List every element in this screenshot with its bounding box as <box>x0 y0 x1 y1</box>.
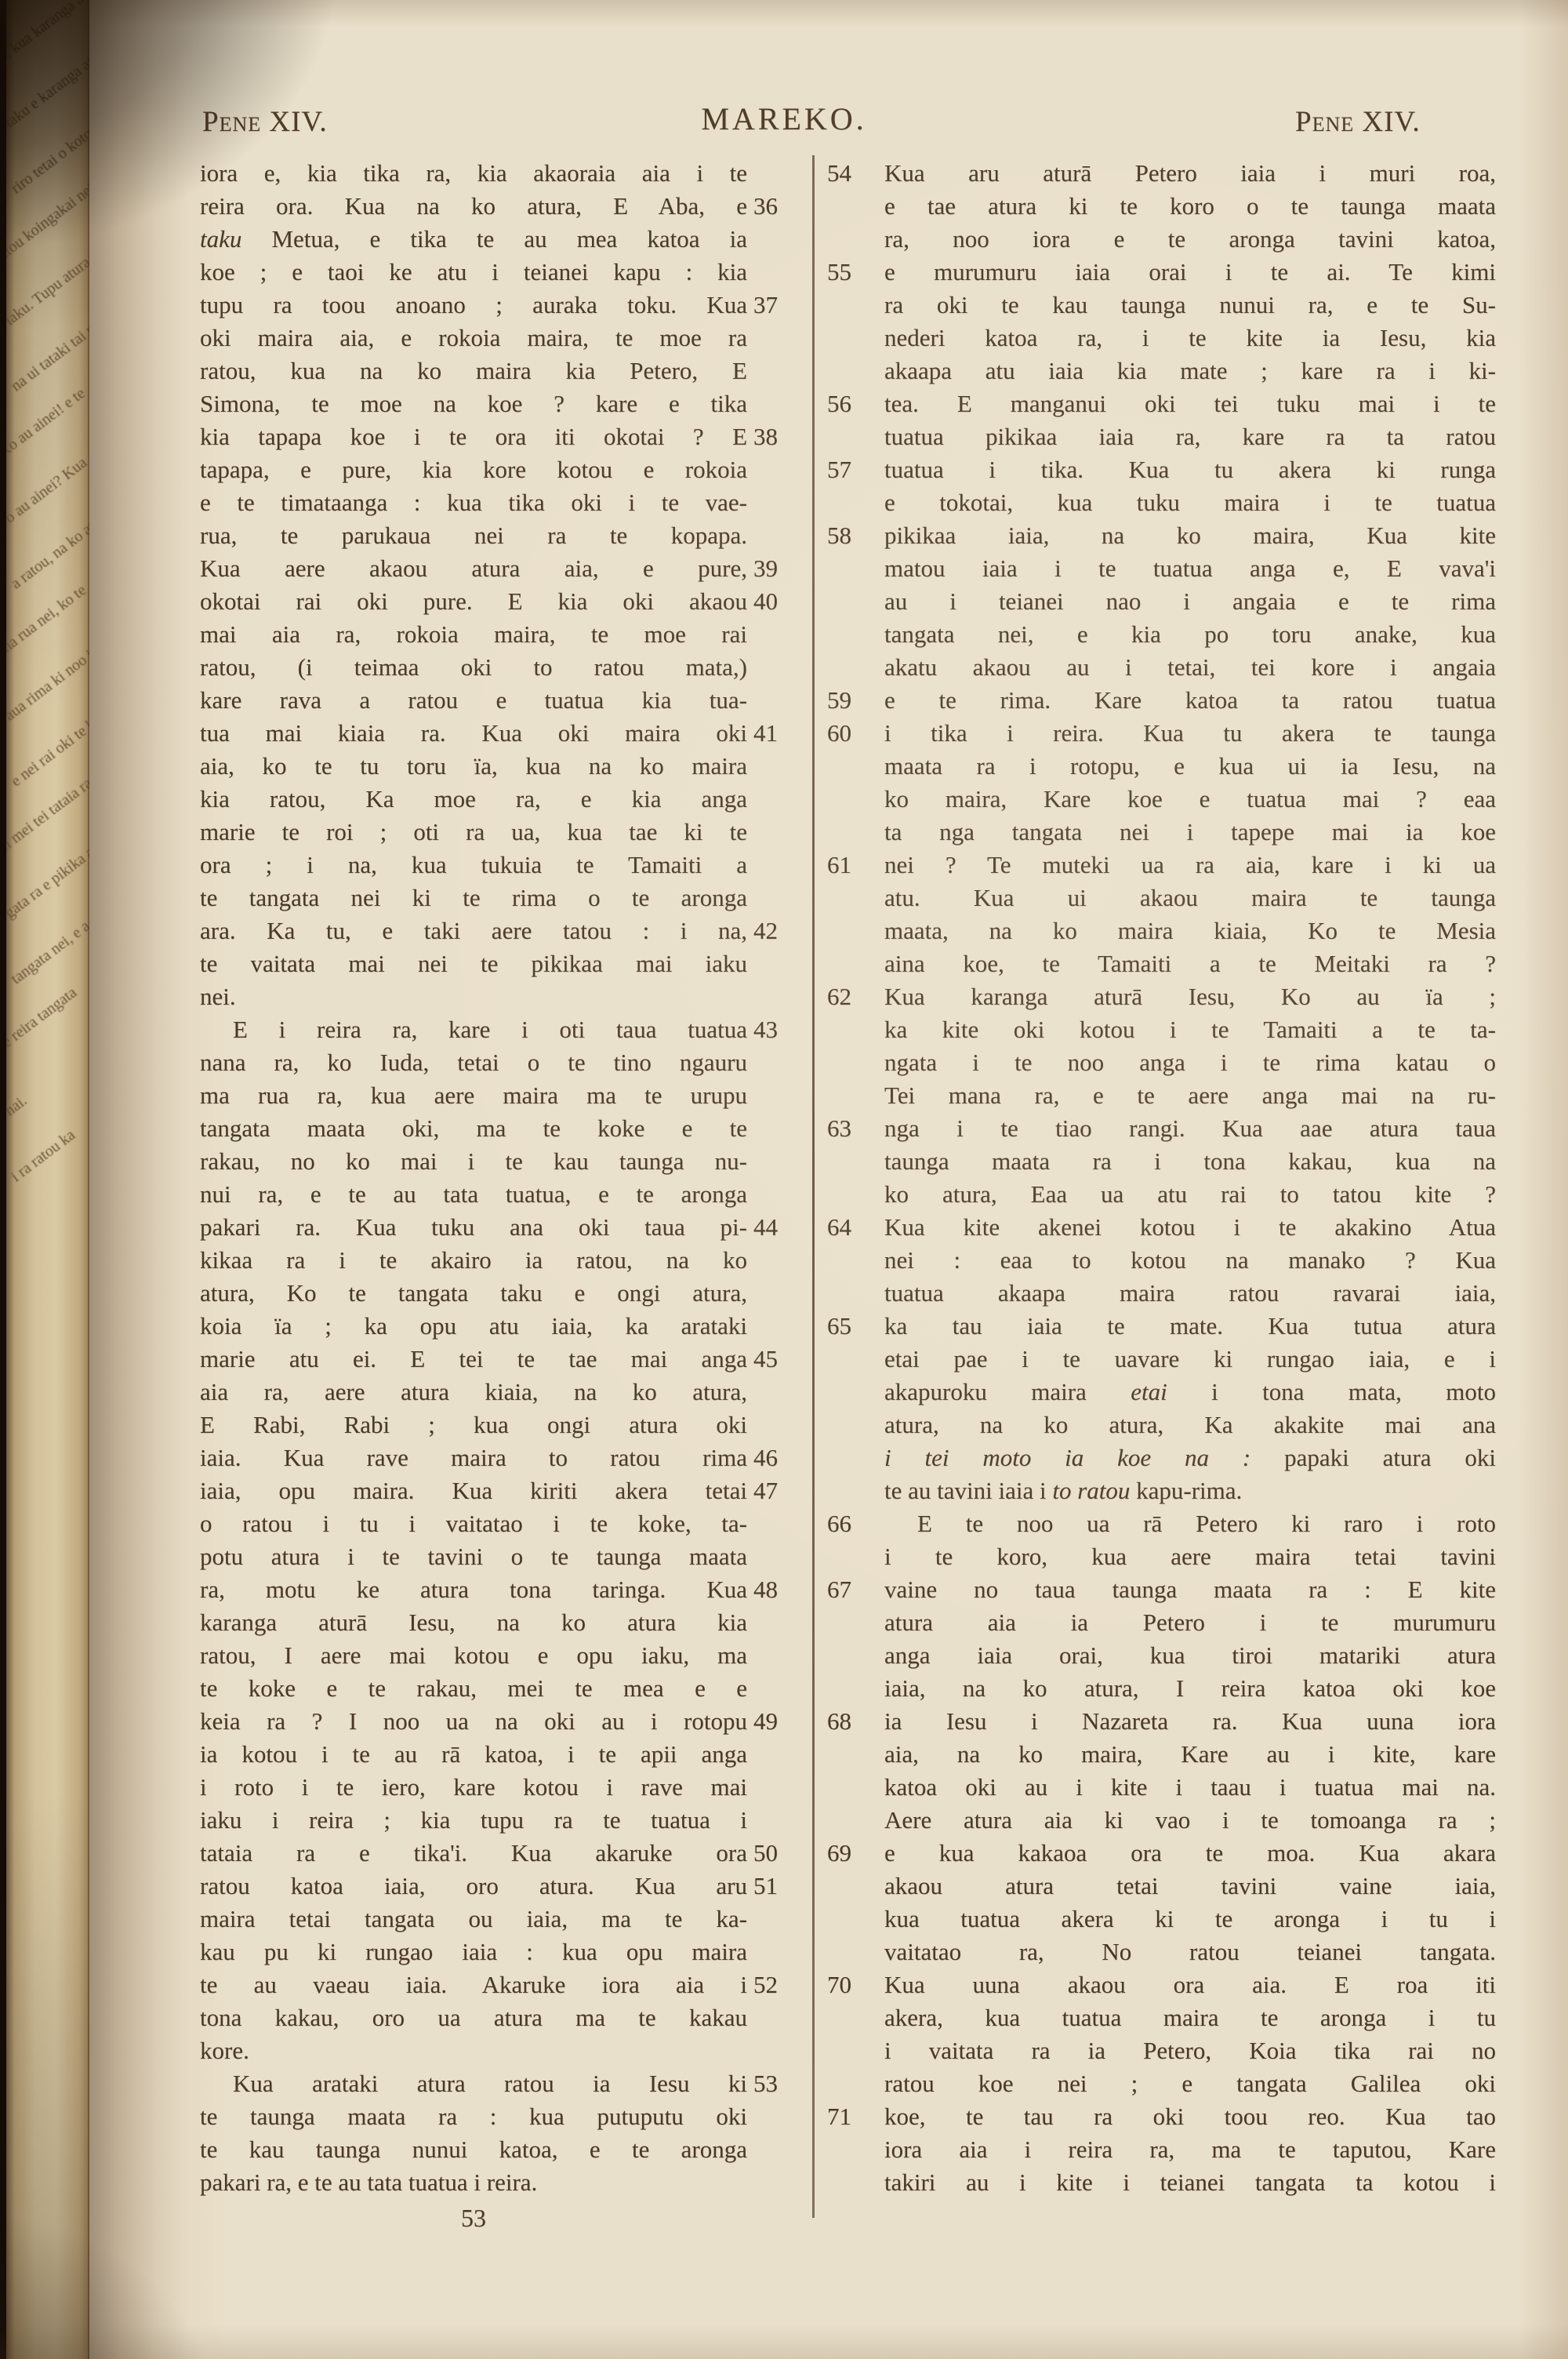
line-text: Aere atura aia ki vao i te tomoanga ra ; <box>884 1806 1496 1834</box>
line-text: e tokotai, kua tuku maira i te tuatua <box>884 489 1496 516</box>
line-text: Kua karanga aturā Iesu, Ko au ïa ; <box>884 983 1496 1010</box>
verse-number: 66 <box>827 1507 874 1540</box>
line-text: tapapa, e pure, kia kore kotou e rokoia <box>200 456 747 483</box>
verse-number: 53 <box>753 2067 808 2100</box>
line-text: anga iaia orai, kua tiroi matariki atura <box>884 1641 1496 1669</box>
line-text: kikaa ra i te akairo ia ratou, na ko <box>200 1246 747 1274</box>
line-text: pakari ra. Kua tuku ana oki taua pi- <box>200 1213 747 1241</box>
edge-page-text-fragment: o au ainei? Kua <box>6 454 89 528</box>
line-text: Kua aere akaou atura aia, e pure, <box>200 554 747 582</box>
line-text: aina koe, te Tamaiti a te Meitaki ra ? <box>884 950 1496 977</box>
line-text: taunga maata ra i tona kakau, kua na <box>884 1147 1496 1175</box>
line-text: ia kotou i te au rā katoa, i te apii ang… <box>200 1740 747 1768</box>
text-line: 67vaine no taua taunga maata ra : E kite <box>884 1573 1496 1606</box>
line-text: nederi katoa ra, i te kite ia Iesu, kia <box>884 324 1496 351</box>
line-text: okotai rai oki pure. E kia oki akaou <box>200 587 747 615</box>
text-line: pakari ra, e te au tata tuatua i reira. <box>200 2166 747 2199</box>
text-line: 45marie atu ei. E tei te tae mai anga <box>200 1343 747 1376</box>
line-text: ko atura, Eaa ua atu rai to tatou kite ? <box>884 1180 1496 1208</box>
line-text: ra oki te kau taunga nunui ra, e te Su- <box>884 291 1496 318</box>
line-text: i te koro, kua aere maira tetai tavini <box>884 1543 1496 1570</box>
text-line: matou iaia i te tuatua anga e, E vava'i <box>884 552 1496 585</box>
line-text: ratou katoa iaia, oro atura. Kua aru <box>200 1872 747 1899</box>
line-text: e kua kakaoa ora te moa. Kua akara <box>884 1839 1496 1866</box>
verse-number: 59 <box>827 684 874 717</box>
line-text: te au tavini iaia i to ratou kapu-rima. <box>884 1477 1242 1504</box>
verse-number: 46 <box>753 1441 808 1474</box>
line-text: tuatua akaapa maira ratou ravarai iaia, <box>884 1279 1496 1307</box>
text-line: 65ka tau iaia te mate. Kua tutua atura <box>884 1310 1496 1343</box>
text-line: kau pu ki rungao iaia : kua opu maira <box>200 1936 747 1968</box>
text-line: potu atura i te tavini o te taunga maata <box>200 1540 747 1573</box>
line-text: Kua kite akenei kotou i te akakino Atua <box>884 1213 1496 1241</box>
line-text: mai aia ra, rokoia maira, te moe rai <box>200 620 747 648</box>
text-line: kikaa ra i te akairo ia ratou, na ko <box>200 1244 747 1277</box>
line-text: keia ra ? I noo ua na oki au i rotopu <box>200 1707 747 1735</box>
line-text: atura, Ko te tangata taku e ongi atura, <box>200 1279 747 1307</box>
text-line: te vaitata mai nei te pikikaa mai iaku <box>200 947 747 980</box>
text-line: kare rava a ratou e tuatua kia tua- <box>200 684 747 717</box>
verse-number: 52 <box>753 1968 808 2001</box>
line-text: nga i te tiao rangi. Kua aae atura taua <box>884 1114 1496 1142</box>
text-line: 54Kua aru aturā Petero iaia i muri roa, <box>884 157 1496 190</box>
text-line: ia kotou i te au rā katoa, i te apii ang… <box>200 1738 747 1771</box>
line-text: tangata maata oki, ma te koke e te <box>200 1114 747 1142</box>
text-line: maata, na ko maira kiaia, Ko te Mesia <box>884 914 1496 947</box>
text-line: nei : eaa to kotou na manako ? Kua <box>884 1244 1496 1277</box>
text-line: kia ratou, Ka moe ra, e kia anga <box>200 783 747 816</box>
edge-page-text-fragment: gata ra e pikika a <box>6 844 89 923</box>
line-text: koia ïa ; ka opu atu iaia, ka arataki <box>200 1312 747 1339</box>
text-line: iora aia i reira ra, ma te taputou, Kare <box>884 2133 1496 2166</box>
text-line: atura aia ia Petero i te murumuru <box>884 1606 1496 1639</box>
running-head-chapter-left: Pene XIV. <box>202 105 328 139</box>
line-text: matou iaia i te tuatua anga e, E vava'i <box>884 554 1496 582</box>
text-line: 64Kua kite akenei kotou i te akakino Atu… <box>884 1211 1496 1244</box>
text-line: 40okotai rai oki pure. E kia oki akaou <box>200 585 747 618</box>
line-text: rakau, no ko mai i te kau taunga nu- <box>200 1147 747 1175</box>
text-line: 48ra, motu ke atura tona taringa. Kua <box>200 1573 747 1606</box>
line-text: potu atura i te tavini o te taunga maata <box>200 1543 747 1570</box>
line-text: i vaitata ra ia Petero, Koia tika rai no <box>884 2037 1496 2064</box>
line-text: katoa oki au i kite i taau i tuatua mai … <box>884 1773 1496 1801</box>
line-text: kau pu ki rungao iaia : kua opu maira <box>200 1938 747 1965</box>
line-text: ia Iesu i Nazareta ra. Kua uuna iora <box>884 1707 1496 1735</box>
text-line: 43E i reira ra, kare i oti taua tuatua <box>200 1013 747 1046</box>
text-line: Tei mana ra, e te aere anga mai na ru- <box>884 1079 1496 1112</box>
text-line: katoa oki au i kite i taau i tuatua mai … <box>884 1771 1496 1804</box>
verse-number: 38 <box>753 420 808 453</box>
line-text: tona kakau, oro ua atura ma te kakau <box>200 2004 747 2031</box>
text-line: 52te au vaeau iaia. Akaruke iora aia i <box>200 1968 747 2001</box>
verse-number: 67 <box>827 1573 874 1606</box>
text-line: 36reira ora. Kua na ko atura, E Aba, e <box>200 190 747 223</box>
line-text: ra, noo iora e te aronga tavini katoa, <box>884 225 1496 253</box>
line-text: nei. <box>200 983 236 1010</box>
verse-number: 61 <box>827 849 874 881</box>
text-line: oki maira aia, e rokoia maira, te moe ra <box>200 322 747 354</box>
line-text: o ratou i tu i vaitatao i te koke, ta- <box>200 1510 747 1537</box>
line-text: oki maira aia, e rokoia maira, te moe ra <box>200 324 747 351</box>
line-text: tuatua i tika. Kua tu akera ki runga <box>884 456 1496 483</box>
line-text: etai pae i te uavare ki rungao iaia, e i <box>884 1345 1496 1372</box>
text-line: ora ; i na, kua tukuia te Tamaiti a <box>200 849 747 881</box>
line-text: tataia ra e tika'i. Kua akaruke ora <box>200 1839 747 1866</box>
verse-number: 64 <box>827 1211 874 1244</box>
edge-page-text-fragment: iaku. Tupu atura <box>6 253 89 329</box>
edge-page-text-fragment: e nei rai oki te ka <box>8 711 89 791</box>
text-line: anga iaia orai, kua tiroi matariki atura <box>884 1639 1496 1672</box>
text-line: marie te roi ; oti ra ua, kua tae ki te <box>200 816 747 849</box>
text-line: takiri au i kite i teianei tangata ta ko… <box>884 2166 1496 2199</box>
line-text: ma rua ra, kua aere maira ma te urupu <box>200 1081 747 1109</box>
line-text: tea. E manganui oki tei tuku mai i te <box>884 390 1496 417</box>
text-line: atu. Kua ui akaou maira te taunga <box>884 881 1496 914</box>
text-line: 49keia ra ? I noo ua na oki au i rotopu <box>200 1705 747 1738</box>
text-line: te koke e te rakau, mei te mea e e <box>200 1672 747 1705</box>
text-line: rakau, no ko mai i te kau taunga nu- <box>200 1145 747 1178</box>
line-text: tangata nei, e kia po toru anake, kua <box>884 620 1496 648</box>
line-text: marie atu ei. E tei te tae mai anga <box>200 1345 747 1372</box>
line-text: maata, na ko maira kiaia, Ko te Mesia <box>884 917 1496 944</box>
verse-number: 49 <box>753 1705 808 1738</box>
line-text: te tangata nei ki te rima o te aronga <box>200 884 747 911</box>
text-line: koia ïa ; ka opu atu iaia, ka arataki <box>200 1310 747 1343</box>
text-line: tangata nei, e kia po toru anake, kua <box>884 618 1496 651</box>
line-text: i roto i te iero, kare kotou i rave mai <box>200 1773 747 1801</box>
text-line: iora e, kia tika ra, kia akaoraia aia i … <box>200 157 747 190</box>
text-line: ma rua ra, kua aere maira ma te urupu <box>200 1079 747 1112</box>
text-line: kua tuatua akera ki te aronga i tu i <box>884 1903 1496 1936</box>
verse-number: 36 <box>753 190 808 223</box>
text-line: akatu akaou au i tetai, tei kore i angai… <box>884 651 1496 684</box>
text-line: 41tua mai kiaia ra. Kua oki maira oki <box>200 717 747 750</box>
line-text: maata ra i rotopu, e kua ui ia Iesu, na <box>884 752 1496 780</box>
line-text: ta nga tangata nei i tapepe mai ia koe <box>884 818 1496 845</box>
text-line: taku Metua, e tika te au mea katoa ia <box>200 223 747 256</box>
line-text: iaia, opu maira. Kua kiriti akera tetai <box>200 1477 747 1504</box>
text-line: E Rabi, Rabi ; kua ongi atura oki <box>200 1408 747 1441</box>
verse-number: 37 <box>753 289 808 322</box>
text-line: e te timataanga : kua tika oki i te vae- <box>200 486 747 519</box>
line-text: E i reira ra, kare i oti taua tuatua <box>233 1016 747 1043</box>
line-text: i tika i reira. Kua tu akera te taunga <box>884 719 1496 747</box>
text-line: 70Kua uuna akaou ora aia. E roa iti <box>884 1968 1496 2001</box>
line-text: kua tuatua akera ki te aronga i tu i <box>884 1905 1496 1932</box>
line-text: E Rabi, Rabi ; kua ongi atura oki <box>200 1411 747 1438</box>
text-line: 39Kua aere akaou atura aia, e pure, <box>200 552 747 585</box>
line-text: te vaitata mai nei te pikikaa mai iaku <box>200 950 747 977</box>
line-text: e te rima. Kare katoa ta ratou tuatua <box>884 686 1496 714</box>
text-line: tapapa, e pure, kia kore kotou e rokoia <box>200 453 747 486</box>
line-text: ko maira, Kare koe e tuatua mai ? eaa <box>884 785 1496 812</box>
verse-number: 48 <box>753 1573 808 1606</box>
text-line: aina koe, te Tamaiti a te Meitaki ra ? <box>884 947 1496 980</box>
line-text: Kua uuna akaou ora aia. E roa iti <box>884 1971 1496 1998</box>
line-text: pikikaa iaia, na ko maira, Kua kite <box>884 522 1496 549</box>
line-text: ratou, kua na ko maira kia Petero, E <box>200 357 747 384</box>
line-text: ka tau iaia te mate. Kua tutua atura <box>884 1312 1496 1339</box>
text-line: 50tataia ra e tika'i. Kua akaruke ora <box>200 1837 747 1870</box>
verse-number: 60 <box>827 717 874 750</box>
text-line: 59e te rima. Kare katoa ta ratou tuatua <box>884 684 1496 717</box>
line-text: te au vaeau iaia. Akaruke iora aia i <box>200 1971 747 1998</box>
line-text: iaku i reira ; kia tupu ra te tuatua i <box>200 1806 747 1834</box>
text-line: Aere atura aia ki vao i te tomoanga ra ; <box>884 1804 1496 1837</box>
text-line: 38kia tapapa koe i te ora iti okotai ? E <box>200 420 747 453</box>
line-text: aia, ko te tu toru ïa, kua na ko maira <box>200 752 747 780</box>
text-line: aia, na ko maira, Kare au i kite, kare <box>884 1738 1496 1771</box>
text-line: au i teianei nao i angaia e te rima <box>884 585 1496 618</box>
text-line: te tangata nei ki te rima o te aronga <box>200 881 747 914</box>
running-head-chapter-right: Pene XIV. <box>1295 105 1421 139</box>
line-text: pakari ra, e te au tata tuatua i reira. <box>200 2168 537 2196</box>
text-line: rua, te parukaua nei ra te kopapa. <box>200 519 747 552</box>
text-line: te taunga maata ra : kua putuputu oki <box>200 2100 747 2133</box>
edge-page-text-fragment: aua rima ki noo ia <box>6 642 89 725</box>
text-line: Simona, te moe na koe ? kare e tika <box>200 387 747 420</box>
text-line: ra, noo iora e te aronga tavini katoa, <box>884 223 1496 256</box>
text-line: ngata i te noo anga i te rima katau o <box>884 1046 1496 1079</box>
verse-number: 62 <box>827 980 874 1013</box>
text-line: ko maira, Kare koe e tuatua mai ? eaa <box>884 783 1496 816</box>
line-text: akapuroku maira etai i tona mata, moto <box>884 1378 1496 1405</box>
line-text: iaia, na ko atura, I reira katoa oki koe <box>884 1674 1496 1702</box>
line-text: i tei moto ia koe na : papaki atura oki <box>884 1444 1496 1471</box>
text-line: aia, ko te tu toru ïa, kua na ko maira <box>200 750 747 783</box>
line-text: takiri au i kite i teianei tangata ta ko… <box>884 2168 1496 2196</box>
text-line: karanga aturā Iesu, na ko atura kia <box>200 1606 747 1639</box>
text-line: maira tetai tangata ou iaia, ma te ka- <box>200 1903 747 1936</box>
text-line: tuatua akaapa maira ratou ravarai iaia, <box>884 1277 1496 1310</box>
line-text: nana ra, ko Iuda, tetai o te tino ngauru <box>200 1049 747 1076</box>
line-text: akaou atura tetai tavini vaine iaia, <box>884 1872 1496 1899</box>
text-line: i roto i te iero, kare kotou i rave mai <box>200 1771 747 1804</box>
text-line: atura, na ko atura, Ka akakite mai ana <box>884 1408 1496 1441</box>
text-line: 42ara. Ka tu, e taki aere tatou : i na, <box>200 914 747 947</box>
line-text: e te timataanga : kua tika oki i te vae- <box>200 489 747 516</box>
line-text: Kua aru aturā Petero iaia i muri roa, <box>884 159 1496 187</box>
line-text: ra, motu ke atura tona taringa. Kua <box>200 1576 747 1603</box>
text-line: maata ra i rotopu, e kua ui ia Iesu, na <box>884 750 1496 783</box>
text-line: taunga maata ra i tona kakau, kua na <box>884 1145 1496 1178</box>
line-text: iora aia i reira ra, ma te taputou, Kare <box>884 2135 1496 2163</box>
text-line: 63nga i te tiao rangi. Kua aae atura tau… <box>884 1112 1496 1145</box>
edge-page-text-fragment: a, kua karanga atu <box>6 0 89 66</box>
line-text: reira ora. Kua na ko atura, E Aba, e <box>200 192 747 220</box>
verse-number: 55 <box>827 256 874 289</box>
text-line: 58pikikaa iaia, na ko maira, Kua kite <box>884 519 1496 552</box>
verse-number: 50 <box>753 1837 808 1870</box>
line-text: E te noo ua rā Petero ki raro i roto <box>917 1510 1496 1537</box>
text-line: te au tavini iaia i to ratou kapu-rima. <box>884 1474 1496 1507</box>
verse-number: 65 <box>827 1310 874 1343</box>
edge-page-text-fragment: nai. <box>6 1092 31 1120</box>
line-text: tuatua pikikaa iaia ra, kare ra ta ratou <box>884 423 1496 450</box>
line-text: ngata i te noo anga i te rima katau o <box>884 1049 1496 1076</box>
line-text: tupu ra toou anoano ; auraka toku. Kua <box>200 291 747 318</box>
text-line: ko atura, Eaa ua atu rai to tatou kite ? <box>884 1178 1496 1211</box>
verse-number: 44 <box>753 1211 808 1244</box>
verse-number: 68 <box>827 1705 874 1738</box>
text-line: vaitatao ra, No ratou teianei tangata. <box>884 1936 1496 1968</box>
text-line: 71koe, te tau ra oki toou reo. Kua tao <box>884 2100 1496 2133</box>
page-number: 53 <box>200 2204 747 2233</box>
right-text-column: 54Kua aru aturā Petero iaia i muri roa,e… <box>884 157 1496 2199</box>
line-text: au i teianei nao i angaia e te rima <box>884 587 1496 615</box>
text-line: 60i tika i reira. Kua tu akera te taunga <box>884 717 1496 750</box>
line-text: akatu akaou au i tetai, tei kore i angai… <box>884 653 1496 681</box>
line-text: atura aia ia Petero i te murumuru <box>884 1608 1496 1636</box>
verse-number: 43 <box>753 1013 808 1046</box>
line-text: iaia. Kua rave maira to ratou rima <box>200 1444 747 1471</box>
text-line: tona kakau, oro ua atura ma te kakau <box>200 2001 747 2034</box>
edge-page-text-fragment: a ratou, na ko atura <box>8 506 89 593</box>
line-text: ka kite oki kotou i te Tamaiti a te ta- <box>884 1016 1496 1043</box>
line-text: e tae atura ki te koro o te taunga maata <box>884 192 1496 220</box>
line-text: marie te roi ; oti ra ua, kua tae ki te <box>200 818 747 845</box>
text-line: 53Kua arataki atura ratou ia Iesu ki <box>200 2067 747 2100</box>
line-text: Tei mana ra, e te aere anga mai na ru- <box>884 1081 1496 1109</box>
text-line: iaku i reira ; kia tupu ra te tuatua i <box>200 1804 747 1837</box>
text-line: nederi katoa ra, i te kite ia Iesu, kia <box>884 322 1496 354</box>
text-line: tangata maata oki, ma te koke e te <box>200 1112 747 1145</box>
verse-number: 42 <box>753 914 808 947</box>
text-line: 61nei ? Te muteki ua ra aia, kare i ki u… <box>884 849 1496 881</box>
column-divider <box>812 155 815 2218</box>
line-text: kia tapapa koe i te ora iti okotai ? E <box>200 423 747 450</box>
edge-page-text-fragment: Ko au ainei! e te <box>6 384 89 461</box>
line-text: taku Metua, e tika te au mea katoa ia <box>200 225 747 253</box>
text-line: nui ra, e te au tata tuatua, e te aronga <box>200 1178 747 1211</box>
verse-number: 41 <box>753 717 808 750</box>
text-line: 66E te noo ua rā Petero ki raro i roto <box>884 1507 1496 1540</box>
verse-number: 63 <box>827 1112 874 1145</box>
line-text: aia ra, aere atura kiaia, na ko atura, <box>200 1378 747 1405</box>
line-text: karanga aturā Iesu, na ko atura kia <box>200 1608 747 1636</box>
text-line: 46iaia. Kua rave maira to ratou rima <box>200 1441 747 1474</box>
line-text: koe, te tau ra oki toou reo. Kua tao <box>884 2103 1496 2130</box>
text-line: ratou, (i teimaa oki to ratou mata,) <box>200 651 747 684</box>
text-line: nei. <box>200 980 747 1013</box>
text-line: akaou atura tetai tavini vaine iaia, <box>884 1870 1496 1903</box>
scanned-book-page: a, kua karanga atutaku e karanga aturiro… <box>0 0 1568 2359</box>
text-line: 57tuatua i tika. Kua tu akera ki runga <box>884 453 1496 486</box>
verse-number: 39 <box>753 552 808 585</box>
line-text: kare rava a ratou e tuatua kia tua- <box>200 686 747 714</box>
line-text: te kau taunga nunui katoa, e te aronga <box>200 2135 747 2163</box>
text-line: kore. <box>200 2034 747 2067</box>
verse-number: 47 <box>753 1474 808 1507</box>
text-line: i te koro, kua aere maira tetai tavini <box>884 1540 1496 1573</box>
line-text: iora e, kia tika ra, kia akaoraia aia i … <box>200 159 747 187</box>
line-text: ratou, I aere mai kotou e opu iaku, ma <box>200 1641 747 1669</box>
text-line: koe ; e taoi ke atu i teianei kapu : kia <box>200 256 747 289</box>
text-line: aia ra, aere atura kiaia, na ko atura, <box>200 1376 747 1408</box>
text-line: 62Kua karanga aturā Iesu, Ko au ïa ; <box>884 980 1496 1013</box>
edge-text-fragments: a, kua karanga atutaku e karanga aturiro… <box>6 52 89 1432</box>
text-line: o ratou i tu i vaitatao i te koke, ta- <box>200 1507 747 1540</box>
text-line: ratou, I aere mai kotou e opu iaku, ma <box>200 1639 747 1672</box>
edge-page-text-fragment: atou koingakai nei <box>6 180 89 264</box>
edge-page-text-fragment: i ra ratou ka <box>8 1126 79 1186</box>
verse-number: 51 <box>753 1870 808 1903</box>
line-text: akaapa atu iaia kia mate ; kare ra i ki- <box>884 357 1496 384</box>
verse-number: 40 <box>753 585 808 618</box>
text-line: i tei moto ia koe na : papaki atura oki <box>884 1441 1496 1474</box>
text-line: ratou, kua na ko maira kia Petero, E <box>200 354 747 387</box>
line-text: atura, na ko atura, Ka akakite mai ana <box>884 1411 1496 1438</box>
line-text: te koke e te rakau, mei te mea e e <box>200 1674 747 1702</box>
text-line: nana ra, ko Iuda, tetai o te tino ngauru <box>200 1046 747 1079</box>
text-line: e tae atura ki te koro o te taunga maata <box>884 190 1496 223</box>
edge-page-text-fragment: na ui tataki tai nei <box>8 314 89 396</box>
text-line: ta nga tangata nei i tapepe mai ia koe <box>884 816 1496 849</box>
line-text: Simona, te moe na koe ? kare e tika <box>200 390 747 417</box>
line-text: nei : eaa to kotou na manako ? Kua <box>884 1246 1496 1274</box>
running-header: MAREKO. Pene XIV. Pene XIV. <box>0 100 1568 151</box>
text-line: 37tupu ra toou anoano ; auraka toku. Kua <box>200 289 747 322</box>
book-spine-shadow <box>0 0 6 2359</box>
text-line: 47iaia, opu maira. Kua kiriti akera teta… <box>200 1474 747 1507</box>
line-text: maira tetai tangata ou iaia, ma te ka- <box>200 1905 747 1932</box>
line-text: atu. Kua ui akaou maira te taunga <box>884 884 1496 911</box>
verse-number: 71 <box>827 2100 874 2133</box>
line-text: akera, kua tuatua maira te aronga i tu <box>884 2004 1496 2031</box>
text-line: 69e kua kakaoa ora te moa. Kua akara <box>884 1837 1496 1870</box>
verse-number: 70 <box>827 1968 874 2001</box>
text-line: akapuroku maira etai i tona mata, moto <box>884 1376 1496 1408</box>
verse-number: 54 <box>827 157 874 190</box>
line-text: e murumuru iaia orai i te ai. Te kimi <box>884 258 1496 285</box>
text-line: 55e murumuru iaia orai i te ai. Te kimi <box>884 256 1496 289</box>
text-line: etai pae i te uavare ki rungao iaia, e i <box>884 1343 1496 1376</box>
line-text: koe ; e taoi ke atu i teianei kapu : kia <box>200 258 747 285</box>
text-line: akaapa atu iaia kia mate ; kare ra i ki- <box>884 354 1496 387</box>
text-line: e tokotai, kua tuku maira i te tuatua <box>884 486 1496 519</box>
text-line: ka kite oki kotou i te Tamaiti a te ta- <box>884 1013 1496 1046</box>
text-line: i vaitata ra ia Petero, Koia tika rai no <box>884 2034 1496 2067</box>
text-line: iaia, na ko atura, I reira katoa oki koe <box>884 1672 1496 1705</box>
line-text: kia ratou, Ka moe ra, e kia anga <box>200 785 747 812</box>
edge-page-text-fragment: tangata nei, e a e <box>8 911 89 988</box>
line-text: aia, na ko maira, Kare au i kite, kare <box>884 1740 1496 1768</box>
line-text: kore. <box>200 2037 249 2064</box>
line-text: ora ; i na, kua tukuia te Tamaiti a <box>200 851 747 878</box>
verse-number: 58 <box>827 519 874 552</box>
line-text: te taunga maata ra : kua putuputu oki <box>200 2103 747 2130</box>
edge-page-text-fragment: ei mei tei tataia ra <box>6 775 89 857</box>
verse-number: 45 <box>753 1343 808 1376</box>
text-line: 68ia Iesu i Nazareta ra. Kua uuna iora <box>884 1705 1496 1738</box>
line-text: rua, te parukaua nei ra te kopapa. <box>200 522 747 549</box>
line-text: nui ra, e te au tata tuatua, e te aronga <box>200 1180 747 1208</box>
edge-page-text-fragment: te reira tangata <box>6 983 81 1054</box>
text-line: 44pakari ra. Kua tuku ana oki taua pi- <box>200 1211 747 1244</box>
line-text: tua mai kiaia ra. Kua oki maira oki <box>200 719 747 747</box>
verse-number: 57 <box>827 453 874 486</box>
text-line: ra oki te kau taunga nunui ra, e te Su- <box>884 289 1496 322</box>
text-line: mai aia ra, rokoia maira, te moe rai <box>200 618 747 651</box>
previous-page-edge: a, kua karanga atutaku e karanga aturiro… <box>6 0 89 2359</box>
line-text: ratou koe nei ; e tangata Galilea oki <box>884 2070 1496 2097</box>
line-text: ara. Ka tu, e taki aere tatou : i na, <box>200 917 747 944</box>
verse-number: 56 <box>827 387 874 420</box>
text-line: atura, Ko te tangata taku e ongi atura, <box>200 1277 747 1310</box>
verse-number: 69 <box>827 1837 874 1870</box>
line-text: Kua arataki atura ratou ia Iesu ki <box>233 2070 747 2097</box>
left-text-column: iora e, kia tika ra, kia akaoraia aia i … <box>200 157 747 2199</box>
